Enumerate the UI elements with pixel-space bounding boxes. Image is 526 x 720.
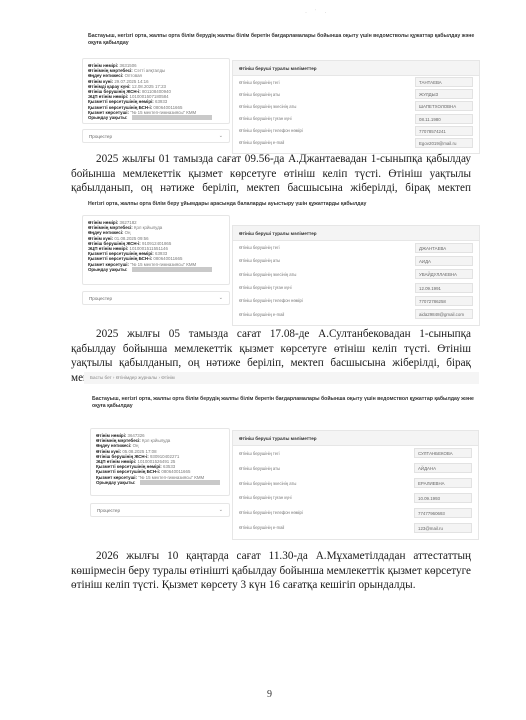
field-value[interactable]: 77072786258 (415, 296, 473, 306)
applicant-field-row: Өтініш берушінің әкесінің атыЕРАЛИЕВНА (233, 476, 478, 491)
info-label: Қызметті көрсетушінің БСН-і: (88, 256, 152, 261)
info-value: 63933 (155, 99, 167, 104)
field-label: Өтініш берушінің аты (239, 258, 280, 263)
info-value: 05.08.2025 17:08 (122, 449, 156, 454)
info-label: Қызметті көрсетушінің БСН-і: (96, 469, 160, 474)
redacted-value (132, 267, 212, 272)
field-value[interactable]: АЙДАНА (414, 463, 472, 473)
field-label: Өтініш берушінің e-mail (239, 140, 284, 145)
field-value[interactable]: 10.09.1993 (414, 493, 472, 503)
applicant-field-row: Өтініш берушінің e-mailEgov2019@mail.ru (233, 137, 479, 149)
info-label: Қызметті көрсетушінің БСН-і: (88, 105, 152, 110)
info-line: Орындау уақыты: (88, 115, 224, 120)
applicant-field-row: Өтініш берушінің туған күні10.09.1993 (233, 490, 478, 505)
applicant-panel-title: Өтініш беруші туралы мәліметтер (233, 61, 479, 76)
info-label: Қызмет көрсетуші: (88, 262, 129, 267)
field-value[interactable]: ДЖАНТАЕВА (415, 243, 473, 253)
info-value: 080640011665 (161, 469, 190, 474)
field-label: Өтініш берушінің аты (239, 92, 280, 97)
field-label: Өтініш берушінің әкесінің аты (239, 272, 296, 277)
info-value: 080640011665 (153, 105, 182, 110)
processes-label: Процестер (89, 134, 112, 139)
processes-label: Процестер (97, 508, 120, 513)
applicant-field-row: Өтініш берушінің туған күні08.11.1980 (233, 112, 479, 124)
field-value[interactable]: ЖУЛДЫЗ (415, 89, 473, 99)
info-value: Қол қойылуда (134, 225, 162, 230)
field-value[interactable]: АИДА (415, 256, 473, 266)
info-value: 080640011665 (153, 256, 182, 261)
application-info-box: Өтінім нөмірі: 3647326Өтінімнің мәртебес… (90, 428, 230, 496)
breadcrumb[interactable]: Басты бет › Өтінімдер журналы › Өтінім (90, 375, 175, 380)
chevron-down-icon: ⌄ (219, 133, 223, 139)
field-label: Өтініш берушінің телефон нөмірі (239, 128, 303, 133)
info-value: Оң (125, 230, 131, 235)
field-label: Өтініш берушінің тегі (239, 451, 280, 456)
applicant-panel-title: Өтініш беруші туралы мәліметтер (233, 226, 479, 241)
application-info-box: Өтінім нөмірі: 3627182Өтінімнің мәртебес… (82, 215, 230, 285)
processes-label: Процестер (89, 296, 112, 301)
application-info-box: Өтінім нөмірі: 3631506Өтінімнің мәртебес… (82, 58, 230, 124)
info-label: Орындау уақыты: (88, 115, 128, 120)
applicant-field-row: Өтініш берушінің телефон нөмірі770727862… (233, 294, 479, 307)
info-label: Өтінім күні: (96, 449, 121, 454)
info-value: Оптовая (125, 73, 142, 78)
info-value: "№ 15 мектеп-гимназиясы" КММ (138, 475, 204, 480)
field-value[interactable]: Egov2019@mail.ru (415, 138, 473, 148)
info-line: Орындау уақыты: (96, 480, 224, 485)
field-value[interactable]: aida29848@gmail.com (415, 309, 473, 319)
info-label: Өңдеу нәтижесі: (88, 73, 123, 78)
field-label: Өтініш берушінің e-mail (239, 525, 284, 530)
screenshot-3: Басты бет › Өтінімдер журналы › Өтінім Б… (84, 372, 479, 547)
info-line: Орындау уақыты: (88, 267, 224, 272)
applicant-field-row: Өтініш берушінің әкесінің атыУВАЙДУЛЛАЕВ… (233, 268, 479, 281)
field-label: Өтініш берушінің тегі (239, 245, 280, 250)
screenshot-1: Бастауыш, негізгі орта, жалпы орта білім… (62, 16, 480, 154)
applicant-panel: Өтініш беруші туралы мәліметтерӨтініш бе… (232, 225, 480, 326)
field-value[interactable]: ТАНТАЕВА (415, 77, 473, 87)
info-value: 01.08.2025 09:56 (114, 236, 148, 241)
field-label: Өтініш берушінің туған күні (239, 285, 292, 290)
info-value: Оң (133, 443, 139, 448)
field-value[interactable]: 77477960693 (414, 508, 472, 518)
redacted-value (132, 115, 212, 120)
field-label: Өтініш берушінің аты (239, 466, 280, 471)
service-title: Бастауыш, негізгі орта, жалпы орта білім… (88, 33, 478, 46)
info-value: "№ 15 мектеп-гимназиясы" КММ (130, 262, 196, 267)
field-label: Өтініш берушінің тегі (239, 80, 280, 85)
field-value[interactable]: УВАЙДУЛЛАЕВНА (415, 269, 473, 279)
processes-dropdown[interactable]: Процестер ⌄ (82, 291, 230, 305)
service-title: Бастауыш, негізгі орта, жалпы орта білім… (92, 396, 477, 409)
applicant-field-row: Өтініш берушінің әкесінің атыШАПЕТХОЛОВН… (233, 100, 479, 112)
screenshot-2: Негізгі орта, жалпы орта білім беру ұйым… (62, 198, 480, 326)
applicant-field-row: Өтініш берушінің тегіТАНТАЕВА (233, 76, 479, 88)
info-label: Өтінім күні: (88, 79, 113, 84)
info-label: Қызмет көрсетуші: (96, 475, 137, 480)
info-label: Өңдеу нәтижесі: (88, 230, 123, 235)
field-label: Өтініш берушінің телефон нөмірі (239, 510, 303, 515)
field-label: Өтініш берушінің туған күні (239, 116, 292, 121)
field-value[interactable]: 77078574241 (415, 126, 473, 136)
info-value: Қол қойылуда (142, 438, 170, 443)
field-label: Өтініш берушінің туған күні (239, 495, 292, 500)
field-label: Өтініш берушінің әкесінің аты (239, 481, 296, 486)
field-label: Өтініш берушінің e-mail (239, 312, 284, 317)
processes-dropdown[interactable]: Процестер ⌄ (82, 129, 230, 143)
applicant-field-row: Өтініш берушінің туған күні12.09.1991 (233, 281, 479, 294)
field-value[interactable]: 12.09.1991 (415, 283, 473, 293)
field-value[interactable]: ЕРАЛИЕВНА (414, 478, 472, 488)
info-label: Өңдеу нәтижесі: (96, 443, 131, 448)
applicant-panel-title: Өтініш беруші туралы мәліметтер (233, 431, 478, 446)
info-label: Қызметті көрсетушінің нөмірі: (88, 99, 154, 104)
applicant-field-row: Өтініш берушінің атыАИДА (233, 254, 479, 267)
chevron-down-icon: ⌄ (219, 507, 223, 513)
applicant-field-row: Өтініш берушінің телефон нөмірі774779606… (233, 505, 478, 520)
paragraph-3: 2026 жылғы 10 қаңтарда сағат 11.30-да А.… (71, 549, 471, 593)
info-label: Орындау уақыты: (96, 480, 136, 485)
chevron-down-icon: ⌄ (219, 295, 223, 301)
info-value: 29.07.2025 14:16 (114, 79, 148, 84)
field-label: Өтініш берушінің телефон нөмірі (239, 298, 303, 303)
applicant-field-row: Өтініш берушінің телефон нөмірі770785742… (233, 125, 479, 137)
field-value[interactable]: 123@mail.ru (414, 523, 472, 533)
applicant-panel: Өтініш беруші туралы мәліметтерӨтініш бе… (232, 430, 479, 540)
applicant-field-row: Өтініш берушінің атыАЙДАНА (233, 461, 478, 476)
field-value[interactable]: СУЛТАНБЕКОВА (414, 448, 472, 458)
applicant-field-row: Өтініш берушінің e-mail123@mail.ru (233, 520, 478, 535)
info-label: Өтінім күні: (88, 236, 113, 241)
applicant-field-row: Өтініш берушінің атыЖУЛДЫЗ (233, 88, 479, 100)
applicant-panel: Өтініш беруші туралы мәліметтерӨтініш бе… (232, 60, 480, 154)
field-value[interactable]: ШАПЕТХОЛОВНА (415, 101, 473, 111)
field-label: Өтініш берушінің әкесінің аты (239, 104, 296, 109)
applicant-field-row: Өтініш берушінің тегіДЖАНТАЕВА (233, 241, 479, 254)
field-value[interactable]: 08.11.1980 (415, 114, 473, 124)
processes-dropdown[interactable]: Процестер ⌄ (90, 503, 230, 517)
redacted-value (140, 480, 220, 485)
service-title: Негізгі орта, жалпы орта білім беру ұйым… (88, 201, 478, 208)
applicant-field-row: Өтініш берушінің e-mailaida29848@gmail.c… (233, 308, 479, 321)
info-label: Орындау уақыты: (88, 267, 128, 272)
applicant-field-row: Өтініш берушінің тегіСУЛТАНБЕКОВА (233, 446, 478, 461)
page-number: 9 (267, 689, 272, 700)
